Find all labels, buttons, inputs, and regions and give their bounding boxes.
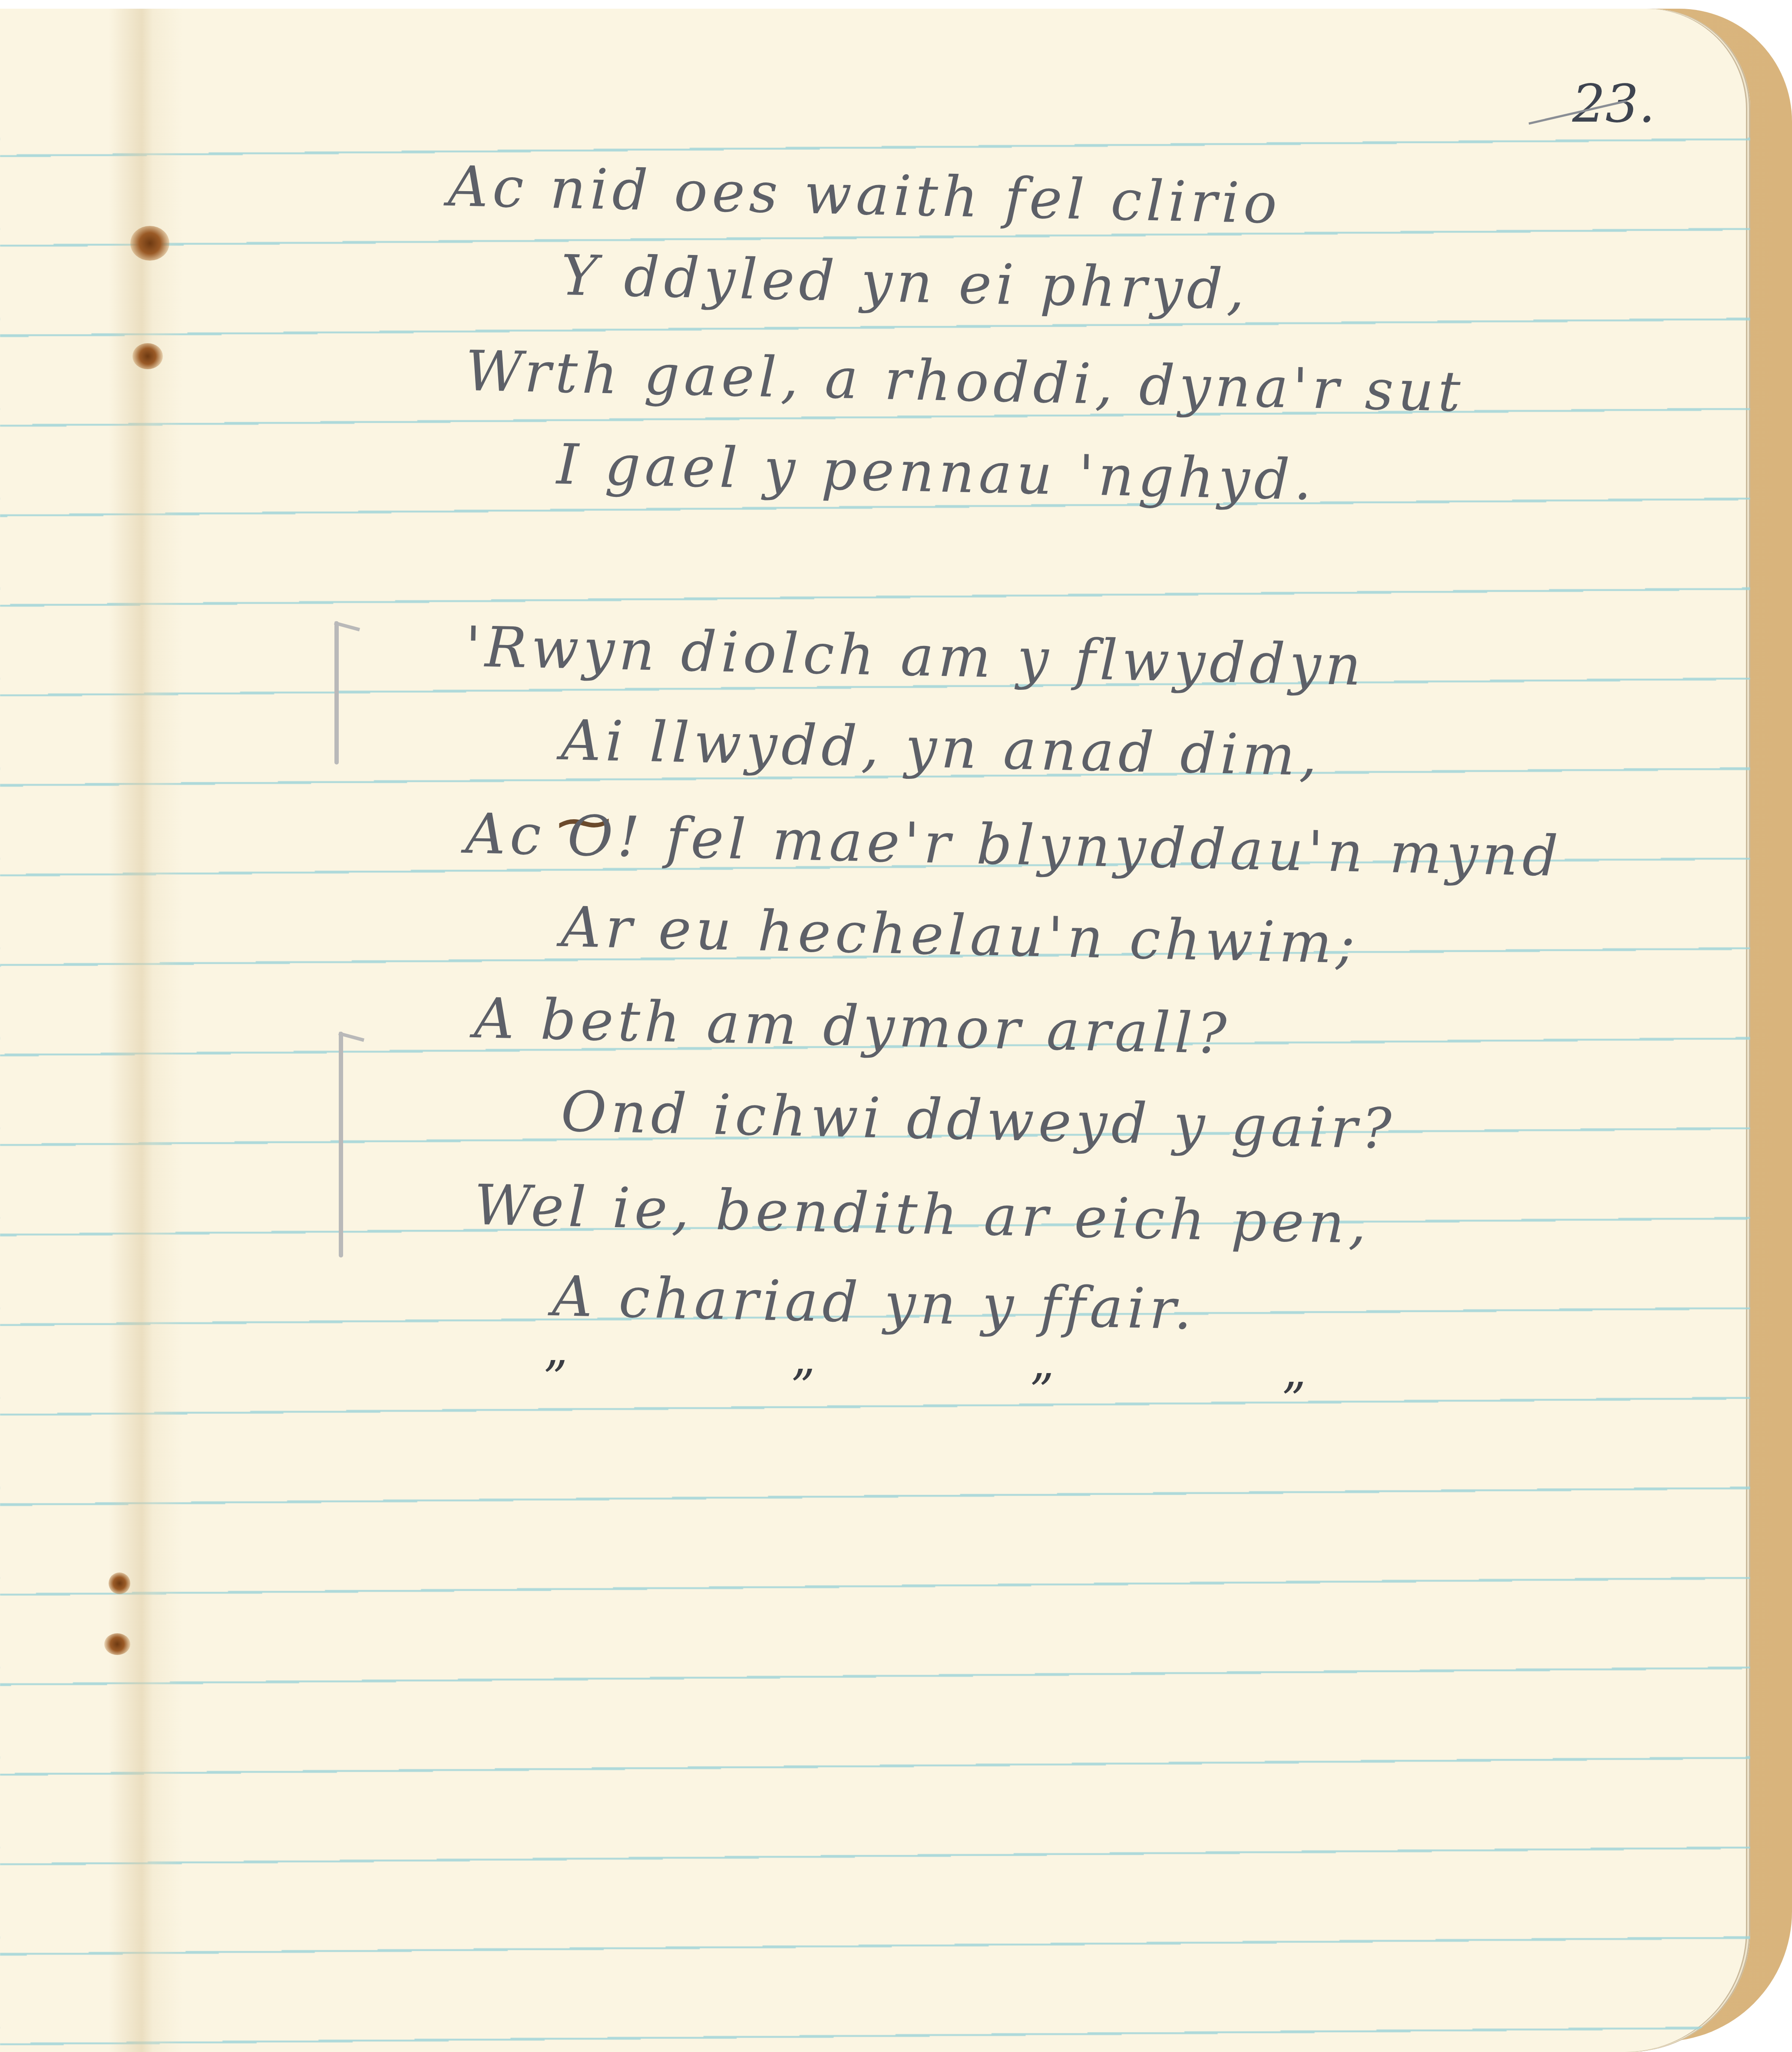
ditto-mark: ” (1029, 1364, 1054, 1420)
poem-line: A chariad yn y ffair. (552, 1264, 1197, 1342)
margin-bracket-mark (339, 1032, 343, 1258)
poem: Ac nid oes waith fel clirio Y ddyled yn … (0, 9, 1750, 2052)
poem-line: Ac O! fel mae'r blynyddau'n mynd (465, 801, 1563, 889)
poem-line: Wel ie, bendith ar eich pen, (473, 1173, 1371, 1256)
poem-line: Ond ichwi ddweyd y gair? (560, 1079, 1396, 1162)
poem-line: Wrth gael, a rhoddi, dyna'r sut (465, 339, 1465, 424)
poem-line: Y ddyled yn ei phryd, (560, 243, 1250, 322)
poem-line: A beth am dymor arall? (473, 986, 1231, 1066)
notebook-page: 23. Ac nid oes waith fel clirio Y ddyled… (0, 9, 1750, 2052)
margin-bracket-mark (334, 621, 339, 765)
ditto-mark: ” (790, 1360, 815, 1415)
poem-line: Ar eu hechelau'n chwim; (560, 895, 1360, 976)
ditto-mark: ” (1281, 1373, 1306, 1428)
poem-line: 'Rwyn diolch am y flwyddyn (465, 615, 1366, 698)
ditto-mark: ” (543, 1351, 567, 1407)
poem-line: I gael y pennau 'nghyd. (556, 432, 1317, 513)
poem-line: Ai llwydd, yn anad dim, (560, 708, 1322, 789)
poem-line: Ac nid oes waith fel clirio (447, 154, 1282, 236)
